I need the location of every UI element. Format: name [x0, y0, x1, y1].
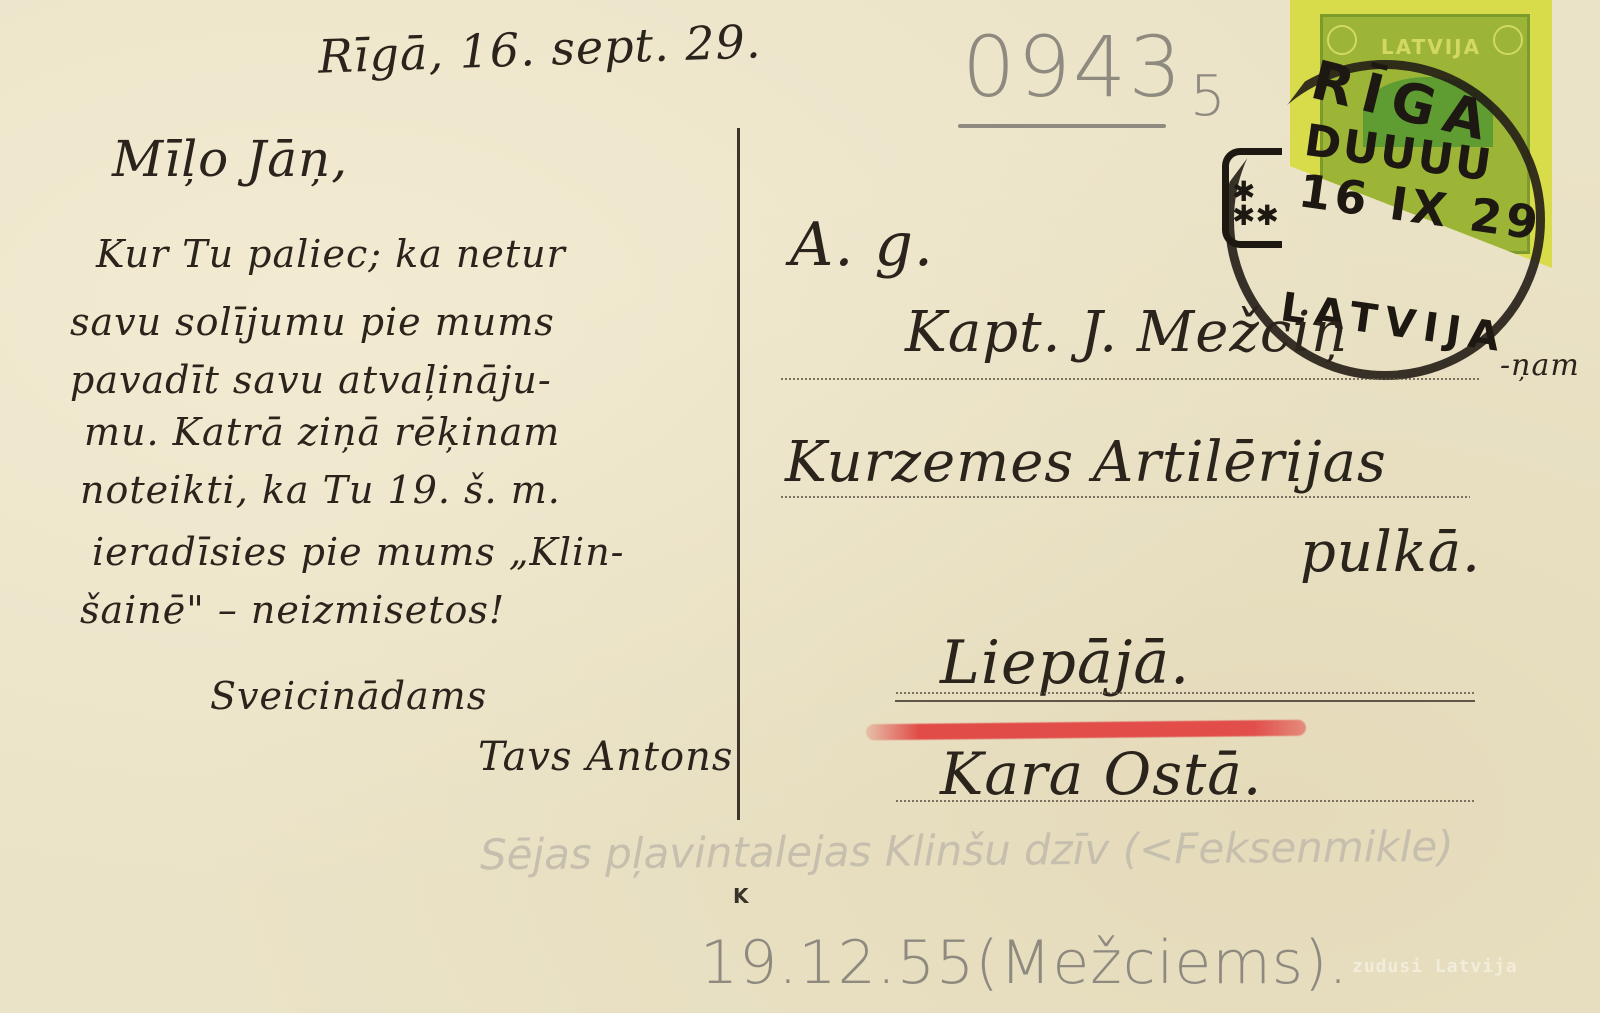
letter-line: Kur Tu paliec; ka netur — [96, 232, 566, 276]
letter-closing: Sveicinādams — [210, 674, 487, 718]
postcard-divider — [737, 128, 740, 820]
postmark-stars-icon: ✱✱✱ — [1232, 180, 1279, 228]
address-dotted-line — [780, 378, 1480, 380]
letter-line: mu. Katrā ziņā rēķinam — [84, 410, 560, 454]
address-dotted-line — [895, 800, 1475, 802]
address-prefix: A. g. — [790, 210, 934, 280]
address-unit: Kurzemes Artilērijas — [785, 430, 1387, 495]
red-pencil-mark — [866, 720, 1306, 741]
address-dotted-line — [895, 692, 1475, 694]
address-city: Liepājā. — [940, 628, 1190, 698]
address-recipient-name-tail: -ņam — [1500, 348, 1580, 383]
watermark: zudusi Latvija — [1352, 956, 1518, 977]
address-district: Kara Ostā. — [940, 740, 1262, 808]
stamp-country: LATVIJA — [1361, 35, 1501, 59]
address-recipient-name: Kapt. J. Mežciņ — [905, 300, 1348, 365]
letter-greeting: Mīļo Jāņ, — [112, 130, 348, 188]
archive-number: 0943 — [962, 18, 1184, 116]
address-solid-line — [895, 700, 1475, 702]
letter-line: savu solījumu pie mums — [70, 300, 555, 344]
archive-date-note: 19.12.55(Mežciems). — [700, 928, 1349, 998]
letter-line: ieradīsies pie mums „Klin- — [92, 530, 625, 574]
postcard-back: Rīgā, 16. sept. 29. Mīļo Jāņ, Kur Tu pal… — [0, 0, 1600, 1013]
address-dotted-line — [780, 496, 1470, 498]
letter-line: noteikti, ka Tu 19. š. m. — [80, 468, 561, 512]
letter-date: Rīgā, 16. sept. 29. — [317, 14, 762, 83]
letter-line: pavadīt savu atvaļināju- — [70, 358, 552, 402]
divider-letter: K — [733, 884, 749, 908]
archive-note: Sējas pļavintalejas Klinšu dzīv (<Feksen… — [480, 822, 1454, 879]
archive-number-underline — [958, 124, 1166, 128]
letter-signature: Tavs Antons — [478, 734, 733, 780]
address-unit-cont: pulkā. — [1300, 520, 1481, 585]
archive-number-suffix: 5 — [1190, 64, 1226, 129]
letter-line: šainē" – neizmisetos! — [80, 588, 505, 632]
